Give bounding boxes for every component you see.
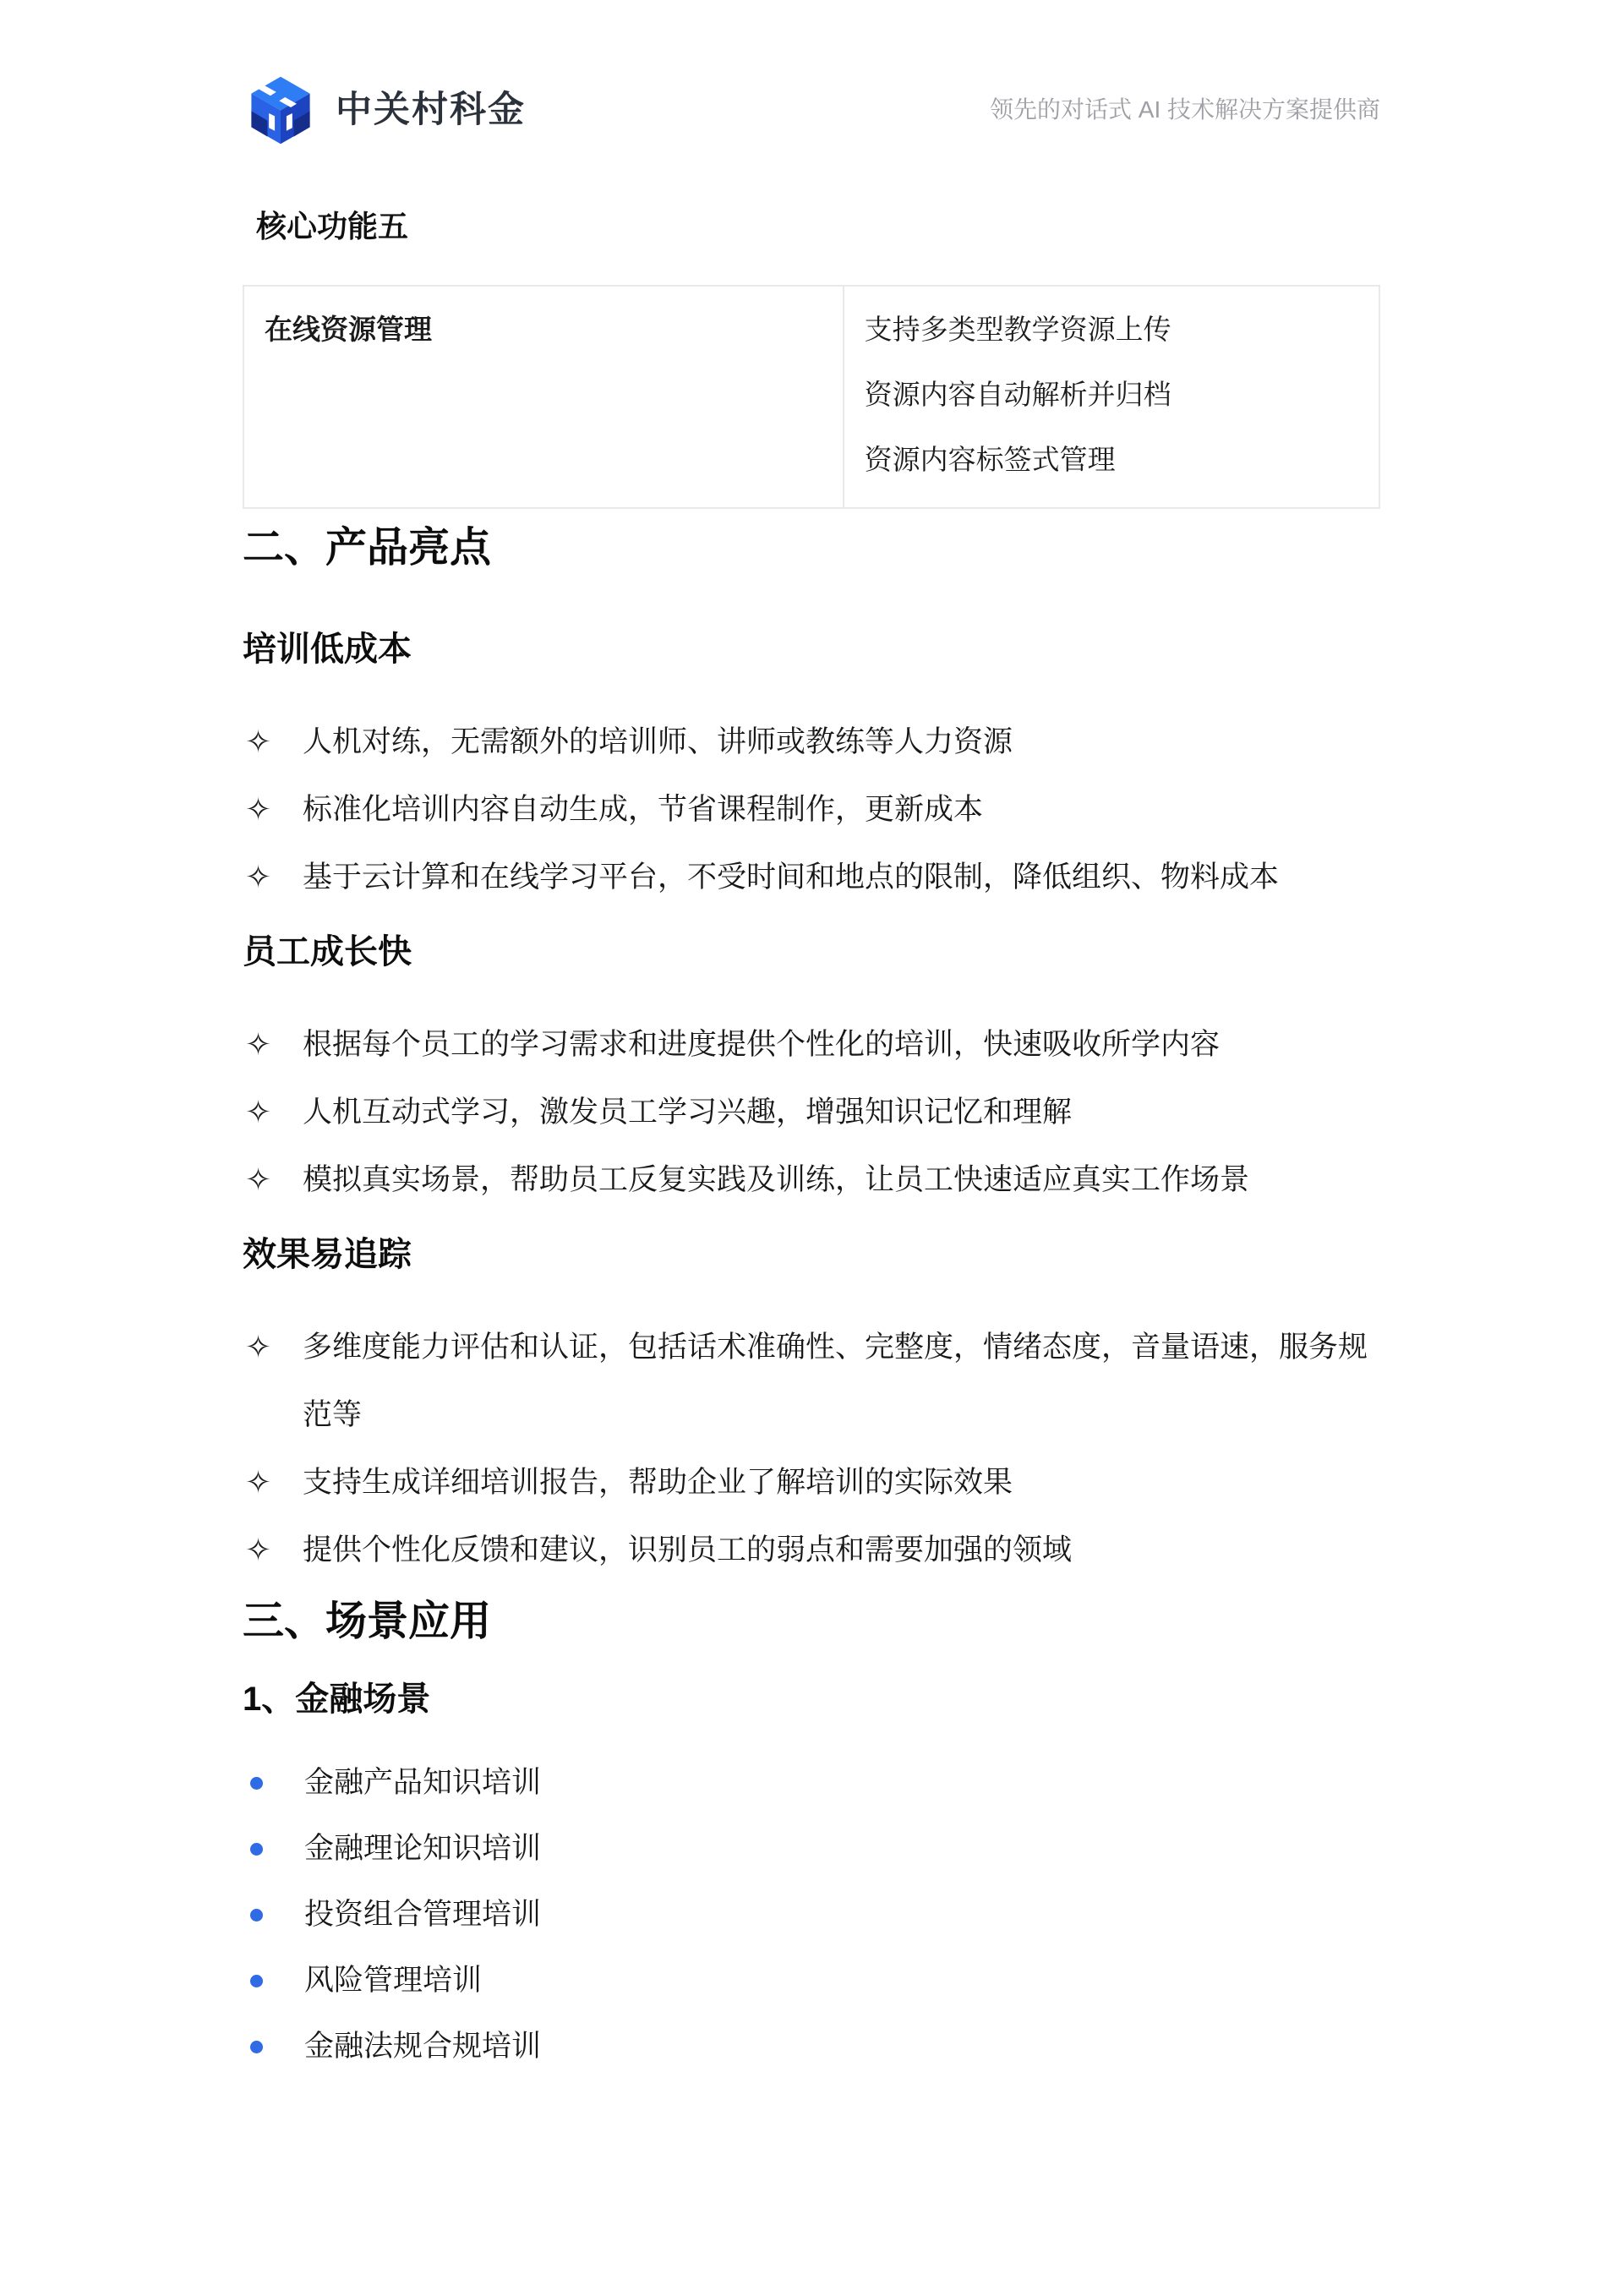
list-item-text: 金融产品知识培训 [304,1766,541,1799]
highlight-list: ✧ 多维度能力评估和认证，包括话术准确性、完整度，情绪态度，音量语速，服务规范等… [243,1314,1380,1584]
list-item: 金融法规合规培训 [243,2014,1380,2080]
list-item-text: 提供个性化反馈和建议，识别员工的弱点和需要加强的领域 [303,1533,1072,1566]
feature-table: 在线资源管理 支持多类型教学资源上传 资源内容自动解析并归档 资源内容标签式管理 [243,285,1380,509]
diamond-bullet-icon: ✧ [245,1146,271,1214]
logo-cube-icon [243,75,319,145]
diamond-bullet-icon: ✧ [245,776,271,844]
section-heading-scenarios: 三、场景应用 [243,1598,1380,1645]
feature-name-cell: 在线资源管理 [243,286,844,508]
feature-detail: 资源内容标签式管理 [865,427,1357,492]
list-item-text: 人机互动式学习，激发员工学习兴趣，增强知识记忆和理解 [303,1096,1072,1129]
highlight-list: ✧ 人机对练，无需额外的培训师、讲师或教练等人力资源 ✧ 标准化培训内容自动生成… [243,708,1380,911]
list-item: ✧ 标准化培训内容自动生成，节省课程制作，更新成本 [243,776,1380,844]
brand: 中关村科金 [243,75,526,145]
highlight-group-title: 员工成长快 [243,932,1380,972]
core-feature-heading: 核心功能五 [256,208,1380,245]
list-item-text: 支持生成详细培训报告，帮助企业了解培训的实际效果 [303,1466,1013,1499]
list-item-text: 投资组合管理培训 [304,1898,541,1931]
list-item: ✧ 模拟真实场景，帮助员工反复实践及训练，让员工快速适应真实工作场景 [243,1146,1380,1214]
feature-detail: 资源内容自动解析并归档 [865,362,1357,427]
list-item: 投资组合管理培训 [243,1882,1380,1948]
table-row: 在线资源管理 支持多类型教学资源上传 资源内容自动解析并归档 资源内容标签式管理 [243,286,1379,508]
list-item: ✧ 根据每个员工的学习需求和进度提供个性化的培训，快速吸收所学内容 [243,1011,1380,1079]
diamond-bullet-icon: ✧ [245,1079,271,1146]
diamond-bullet-icon: ✧ [245,1517,271,1584]
list-item: 金融理论知识培训 [243,1816,1380,1882]
list-item-text: 人机对练，无需额外的培训师、讲师或教练等人力资源 [303,725,1013,758]
highlight-list: ✧ 根据每个员工的学习需求和进度提供个性化的培训，快速吸收所学内容 ✧ 人机互动… [243,1011,1380,1214]
bullet-dot-icon [250,1909,263,1922]
brand-name: 中关村科金 [336,92,526,128]
document-content: 核心功能五 在线资源管理 支持多类型教学资源上传 资源内容自动解析并归档 资源内… [243,208,1380,2080]
bullet-dot-icon [250,1843,263,1856]
bullet-dot-icon [250,1777,263,1790]
list-item: ✧ 人机互动式学习，激发员工学习兴趣，增强知识记忆和理解 [243,1079,1380,1146]
diamond-bullet-icon: ✧ [245,1314,271,1381]
list-item: ✧ 支持生成详细培训报告，帮助企业了解培训的实际效果 [243,1449,1380,1517]
page-header: 中关村科金 领先的对话式 AI 技术解决方案提供商 [243,74,1380,145]
document-page: 中关村科金 领先的对话式 AI 技术解决方案提供商 核心功能五 在线资源管理 支… [0,0,1622,2296]
list-item: 风险管理培训 [243,1948,1380,2014]
diamond-bullet-icon: ✧ [245,1011,271,1079]
feature-detail: 支持多类型教学资源上传 [865,297,1357,362]
scenario-subheading: 1、金融场景 [243,1679,1380,1719]
highlight-group-title: 培训低成本 [243,629,1380,670]
scenario-list: 金融产品知识培训 金融理论知识培训 投资组合管理培训 风险管理培训 金融法规合规… [243,1750,1380,2080]
list-item: ✧ 基于云计算和在线学习平台，不受时间和地点的限制，降低组织、物料成本 [243,844,1380,911]
feature-details-cell: 支持多类型教学资源上传 资源内容自动解析并归档 资源内容标签式管理 [844,286,1379,508]
list-item-text: 多维度能力评估和认证，包括话术准确性、完整度，情绪态度，音量语速，服务规范等 [303,1331,1368,1431]
bullet-dot-icon [250,1975,263,1987]
diamond-bullet-icon: ✧ [245,844,271,911]
diamond-bullet-icon: ✧ [245,708,271,776]
list-item-text: 模拟真实场景，帮助员工反复实践及训练，让员工快速适应真实工作场景 [303,1163,1249,1196]
list-item-text: 基于云计算和在线学习平台，不受时间和地点的限制，降低组织、物料成本 [303,861,1279,894]
section-heading-highlights: 二、产品亮点 [243,524,1380,571]
list-item-text: 根据每个员工的学习需求和进度提供个性化的培训，快速吸收所学内容 [303,1028,1220,1061]
diamond-bullet-icon: ✧ [245,1449,271,1517]
list-item-text: 金融法规合规培训 [304,2030,541,2063]
header-tagline: 领先的对话式 AI 技术解决方案提供商 [990,98,1380,122]
list-item: 金融产品知识培训 [243,1750,1380,1816]
list-item-text: 风险管理培训 [304,1964,482,1997]
highlight-group-title: 效果易追踪 [243,1234,1380,1275]
list-item-text: 标准化培训内容自动生成，节省课程制作，更新成本 [303,793,983,826]
list-item-text: 金融理论知识培训 [304,1832,541,1865]
list-item: ✧ 多维度能力评估和认证，包括话术准确性、完整度，情绪态度，音量语速，服务规范等 [243,1314,1380,1449]
bullet-dot-icon [250,2041,263,2053]
list-item: ✧ 提供个性化反馈和建议，识别员工的弱点和需要加强的领域 [243,1517,1380,1584]
list-item: ✧ 人机对练，无需额外的培训师、讲师或教练等人力资源 [243,708,1380,776]
